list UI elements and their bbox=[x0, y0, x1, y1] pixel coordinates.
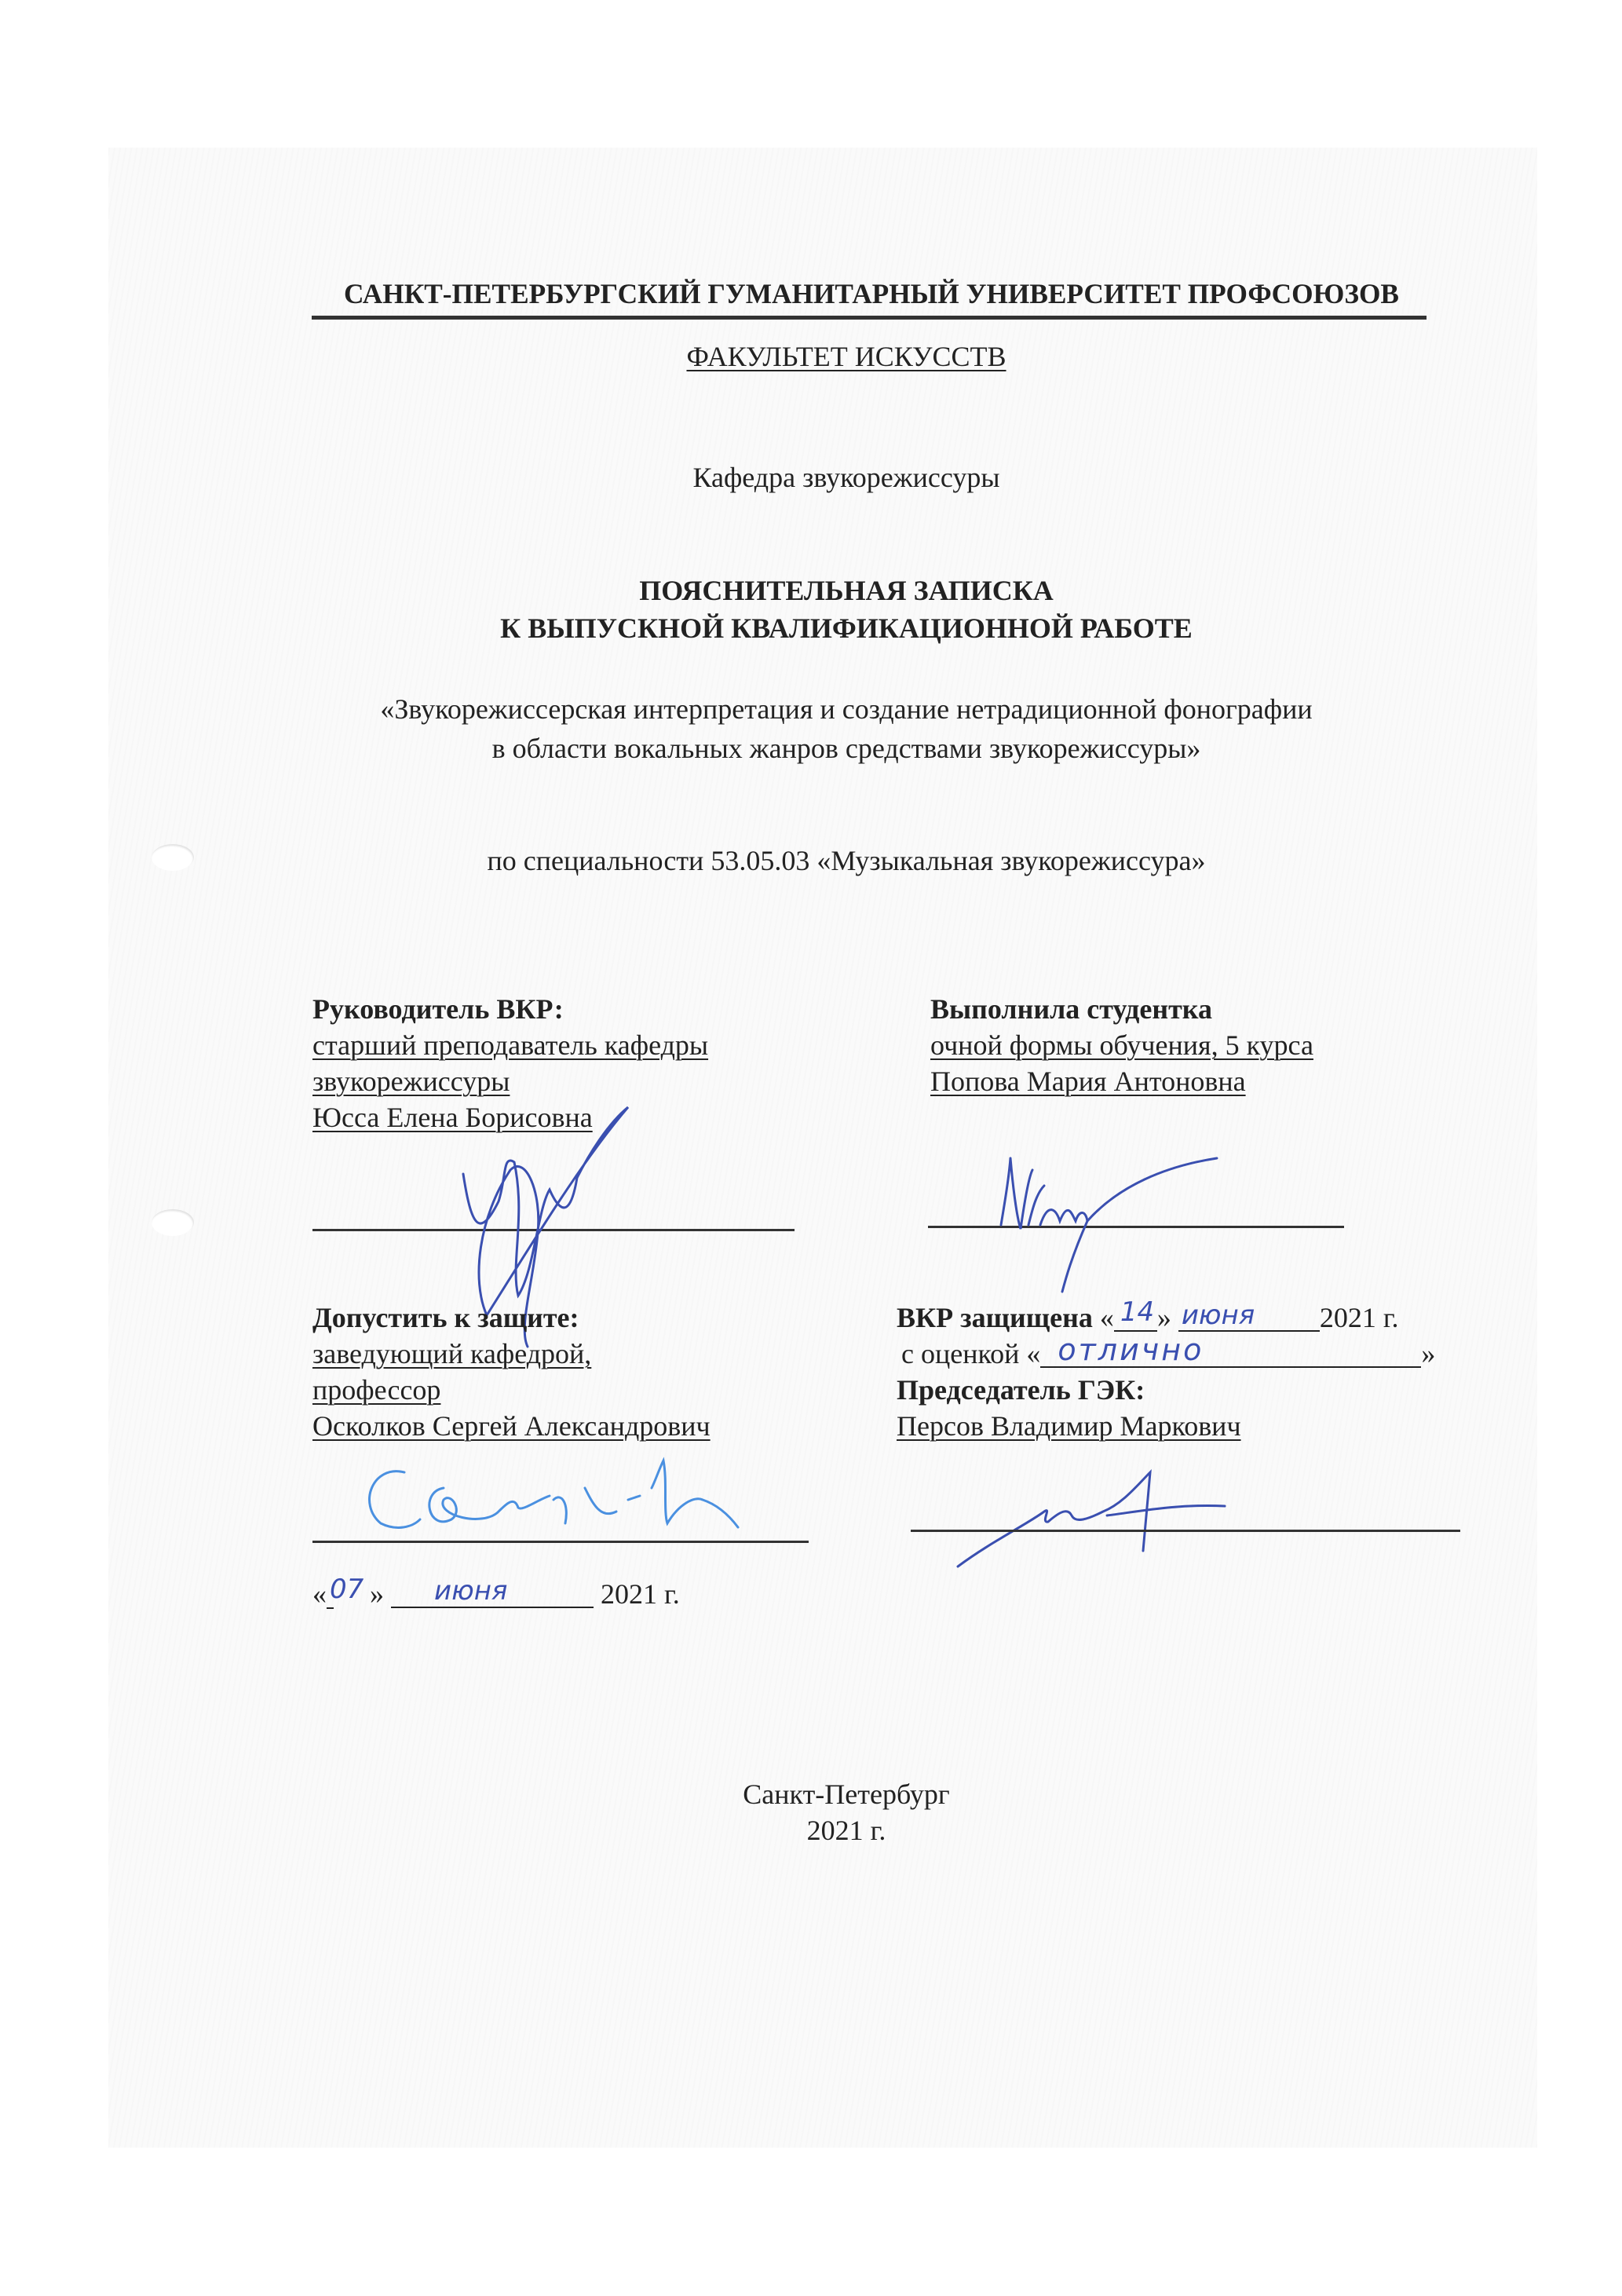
defense-grade-row: с оценкой «отлично» bbox=[897, 1336, 1435, 1372]
student-name: Попова Мария Антоновна bbox=[930, 1063, 1313, 1099]
university-name: САНКТ-ПЕТЕРБУРГСКИЙ ГУМАНИТАРНЫЙ УНИВЕРС… bbox=[325, 276, 1418, 311]
head-signature-line bbox=[312, 1541, 809, 1543]
defense-month-blank: июня bbox=[1178, 1302, 1320, 1332]
document-title: ПОЯСНИТЕЛЬНАЯ ЗАПИСКА К ВЫПУСКНОЙ КВАЛИФ… bbox=[0, 572, 1622, 647]
student-heading: Выполнила студентка bbox=[930, 991, 1313, 1027]
chair-name: Персов Владимир Маркович bbox=[897, 1408, 1435, 1444]
title-line-1: ПОЯСНИТЕЛЬНАЯ ЗАПИСКА bbox=[71, 572, 1622, 609]
defense-year: 2021 г. bbox=[1320, 1302, 1399, 1333]
topic-line-1: «Звукорежиссерская интерпретация и созда… bbox=[71, 689, 1622, 729]
defense-label: ВКР защищена bbox=[897, 1302, 1093, 1333]
student-signature bbox=[993, 1154, 1244, 1296]
admission-date: «07 » июня 2021 г. bbox=[312, 1577, 680, 1611]
admission-date-year: 2021 г. bbox=[601, 1578, 680, 1610]
defense-day: 14 bbox=[1120, 1294, 1154, 1330]
admission-heading: Допустить к защите: bbox=[312, 1300, 711, 1336]
admission-date-day-blank: 07 bbox=[327, 1577, 370, 1611]
defense-close-quote: » bbox=[1157, 1302, 1171, 1333]
grade-blank: отлично bbox=[1040, 1338, 1421, 1368]
punch-hole-bottom bbox=[152, 1209, 194, 1236]
footer-city: Санкт-Петербург bbox=[71, 1776, 1622, 1812]
defense-open-quote: « bbox=[1100, 1302, 1114, 1333]
admission-date-open-quote: « bbox=[312, 1578, 327, 1610]
admission-block: Допустить к защите: заведующий кафедрой,… bbox=[312, 1300, 711, 1444]
grade-prefix: с оценкой « bbox=[901, 1338, 1040, 1369]
admission-date-month: июня bbox=[434, 1574, 507, 1608]
title-line-2: К ВЫПУСКНОЙ КВАЛИФИКАЦИОННОЙ РАБОТЕ bbox=[71, 609, 1622, 647]
head-signature bbox=[357, 1457, 765, 1543]
head-position-2: профессор bbox=[312, 1372, 711, 1408]
chair-signature-line bbox=[911, 1530, 1460, 1532]
defense-month: июня bbox=[1182, 1297, 1255, 1333]
defense-day-blank: 14 bbox=[1114, 1302, 1157, 1332]
defense-block: ВКР защищена «14» июня2021 г. с оценкой … bbox=[897, 1300, 1435, 1444]
specialty: по специальности 53.05.03 «Музыкальная з… bbox=[0, 843, 1622, 878]
footer-year: 2021 г. bbox=[71, 1812, 1622, 1848]
head-position-1: заведующий кафедрой, bbox=[312, 1336, 711, 1372]
supervisor-heading: Руководитель ВКР: bbox=[312, 991, 708, 1027]
supervisor-position-1: старший преподаватель кафедры bbox=[312, 1027, 708, 1063]
faculty-name: ФАКУЛЬТЕТ ИСКУССТВ bbox=[0, 339, 1622, 374]
defense-date-row: ВКР защищена «14» июня2021 г. bbox=[897, 1300, 1435, 1336]
student-block: Выполнила студентка очной формы обучения… bbox=[930, 991, 1313, 1099]
university-underline bbox=[312, 316, 1427, 320]
admission-date-day: 07 bbox=[330, 1572, 363, 1607]
department-name: Кафедра звукорежиссуры bbox=[0, 460, 1622, 495]
topic-line-2: в области вокальных жанров средствами зв… bbox=[71, 729, 1622, 768]
admission-date-close-quote: » bbox=[370, 1578, 384, 1610]
thesis-topic: «Звукорежиссерская интерпретация и созда… bbox=[0, 689, 1622, 768]
head-name: Осколков Сергей Александрович bbox=[312, 1408, 711, 1444]
chair-heading: Председатель ГЭК: bbox=[897, 1372, 1435, 1408]
footer: Санкт-Петербург 2021 г. bbox=[0, 1776, 1622, 1848]
admission-date-month-blank: июня bbox=[391, 1578, 594, 1608]
student-details: очной формы обучения, 5 курса bbox=[930, 1027, 1313, 1063]
chair-signature bbox=[942, 1468, 1272, 1570]
grade-suffix: » bbox=[1421, 1338, 1435, 1369]
grade-value: отлично bbox=[1058, 1332, 1204, 1368]
